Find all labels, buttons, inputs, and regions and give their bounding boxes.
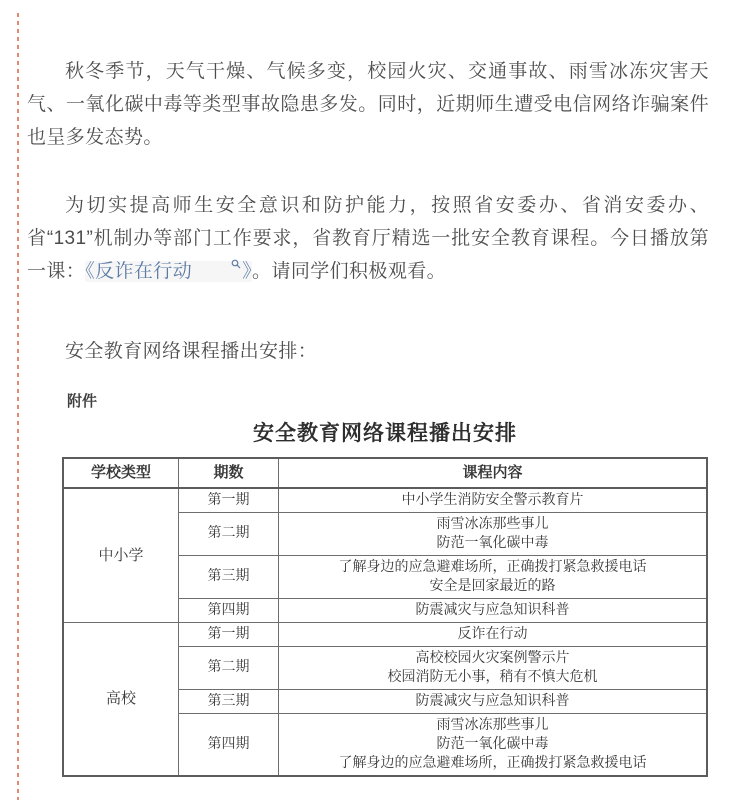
course-link[interactable]: 《反诈在行动》 xyxy=(85,261,252,282)
header-course-content: 课程内容 xyxy=(279,458,708,488)
course-content-line: 雨雪冰冻那些事儿 xyxy=(283,515,702,534)
table-header-row: 学校类型 期数 课程内容 xyxy=(63,458,707,488)
course-content-cell: 中小学生消防安全警示教育片 xyxy=(279,488,708,513)
course-content-cell: 高校校园火灾案例警示片校园消防无小事，稍有不慎大危机 xyxy=(279,647,708,690)
paragraph-schedule-lead: 安全教育网络课程播出安排： xyxy=(27,335,709,368)
paragraph-risk-intro: 秋冬季节，天气干燥、气候多变，校园火灾、交通事故、雨雪冰冻灾害天气、一氧化碳中毒… xyxy=(27,55,709,154)
course-content-line: 高校校园火灾案例警示片 xyxy=(283,649,702,668)
attachment-label: 附件 xyxy=(67,392,708,412)
course-content-cell: 反诈在行动 xyxy=(279,623,708,647)
course-content-line: 雨雪冰冻那些事儿 xyxy=(283,716,702,735)
period-cell: 第二期 xyxy=(179,513,279,556)
link-label: 反诈在行动 xyxy=(95,261,192,282)
course-content-cell: 防震减灾与应急知识科普 xyxy=(279,690,708,714)
period-cell: 第二期 xyxy=(179,647,279,690)
course-content-line: 了解身边的应急避难场所，正确拨打紧急救援电话 xyxy=(283,754,702,773)
link-bracket-close: 》 xyxy=(242,261,252,282)
header-school-type: 学校类型 xyxy=(63,458,179,488)
paragraph-course-text-after: 。请同学们积极观看。 xyxy=(252,261,446,282)
course-content-line: 校园消防无小事，稍有不慎大危机 xyxy=(283,668,702,687)
period-cell: 第四期 xyxy=(179,714,279,777)
attachment-scan-image[interactable]: 附件 安全教育网络课程播出安排 学校类型 期数 课程内容 中小学第一期中小学生消… xyxy=(62,392,708,777)
schedule-table: 学校类型 期数 课程内容 中小学第一期中小学生消防安全警示教育片第二期雨雪冰冻那… xyxy=(62,457,708,777)
course-content-line: 安全是回家最近的路 xyxy=(283,577,702,596)
header-period: 期数 xyxy=(179,458,279,488)
course-content-cell: 了解身边的应急避难场所，正确拨打紧急救援电话安全是回家最近的路 xyxy=(279,556,708,599)
period-cell: 第三期 xyxy=(179,556,279,599)
table-row: 高校第一期反诈在行动 xyxy=(63,623,707,647)
course-content-line: 防范一氧化碳中毒 xyxy=(283,735,702,754)
link-bracket-open: 《 xyxy=(85,261,95,282)
school-type-cell: 中小学 xyxy=(63,488,179,623)
period-cell: 第四期 xyxy=(179,599,279,623)
course-content-line: 防震减灾与应急知识科普 xyxy=(283,692,702,711)
course-content-cell: 防震减灾与应急知识科普 xyxy=(279,599,708,623)
period-cell: 第一期 xyxy=(179,488,279,513)
course-content-line: 防范一氧化碳中毒 xyxy=(283,534,702,553)
period-cell: 第一期 xyxy=(179,623,279,647)
course-content-line: 中小学生消防安全警示教育片 xyxy=(283,491,702,510)
course-content-line: 反诈在行动 xyxy=(283,625,702,644)
course-content-line: 了解身边的应急避难场所，正确拨打紧急救援电话 xyxy=(283,558,702,577)
course-content-cell: 雨雪冰冻那些事儿防范一氧化碳中毒了解身边的应急避难场所，正确拨打紧急救援电话 xyxy=(279,714,708,777)
article-page: 秋冬季节，天气干燥、气候多变，校园火灾、交通事故、雨雪冰冻灾害天气、一氧化碳中毒… xyxy=(0,0,739,800)
article-content: 秋冬季节，天气干燥、气候多变，校园火灾、交通事故、雨雪冰冻灾害天气、一氧化碳中毒… xyxy=(0,0,739,777)
paragraph-risk-intro-text: 秋冬季节，天气干燥、气候多变，校园火灾、交通事故、雨雪冰冻灾害天气、一氧化碳中毒… xyxy=(27,61,709,148)
course-content-cell: 雨雪冰冻那些事儿防范一氧化碳中毒 xyxy=(279,513,708,556)
table-row: 中小学第一期中小学生消防安全警示教育片 xyxy=(63,488,707,513)
period-cell: 第三期 xyxy=(179,690,279,714)
schedule-table-title: 安全教育网络课程播出安排 xyxy=(62,418,708,448)
paragraph-course-announcement: 为切实提高师生安全意识和防护能力，按照省安委办、省消安委办、省“131”机制办等… xyxy=(27,189,709,288)
search-icon xyxy=(193,259,241,269)
course-content-line: 防震减灾与应急知识科普 xyxy=(283,601,702,620)
schedule-table-body: 中小学第一期中小学生消防安全警示教育片第二期雨雪冰冻那些事儿防范一氧化碳中毒第三… xyxy=(63,488,707,776)
paragraph-schedule-lead-text: 安全教育网络课程播出安排： xyxy=(65,341,317,362)
school-type-cell: 高校 xyxy=(63,623,179,777)
